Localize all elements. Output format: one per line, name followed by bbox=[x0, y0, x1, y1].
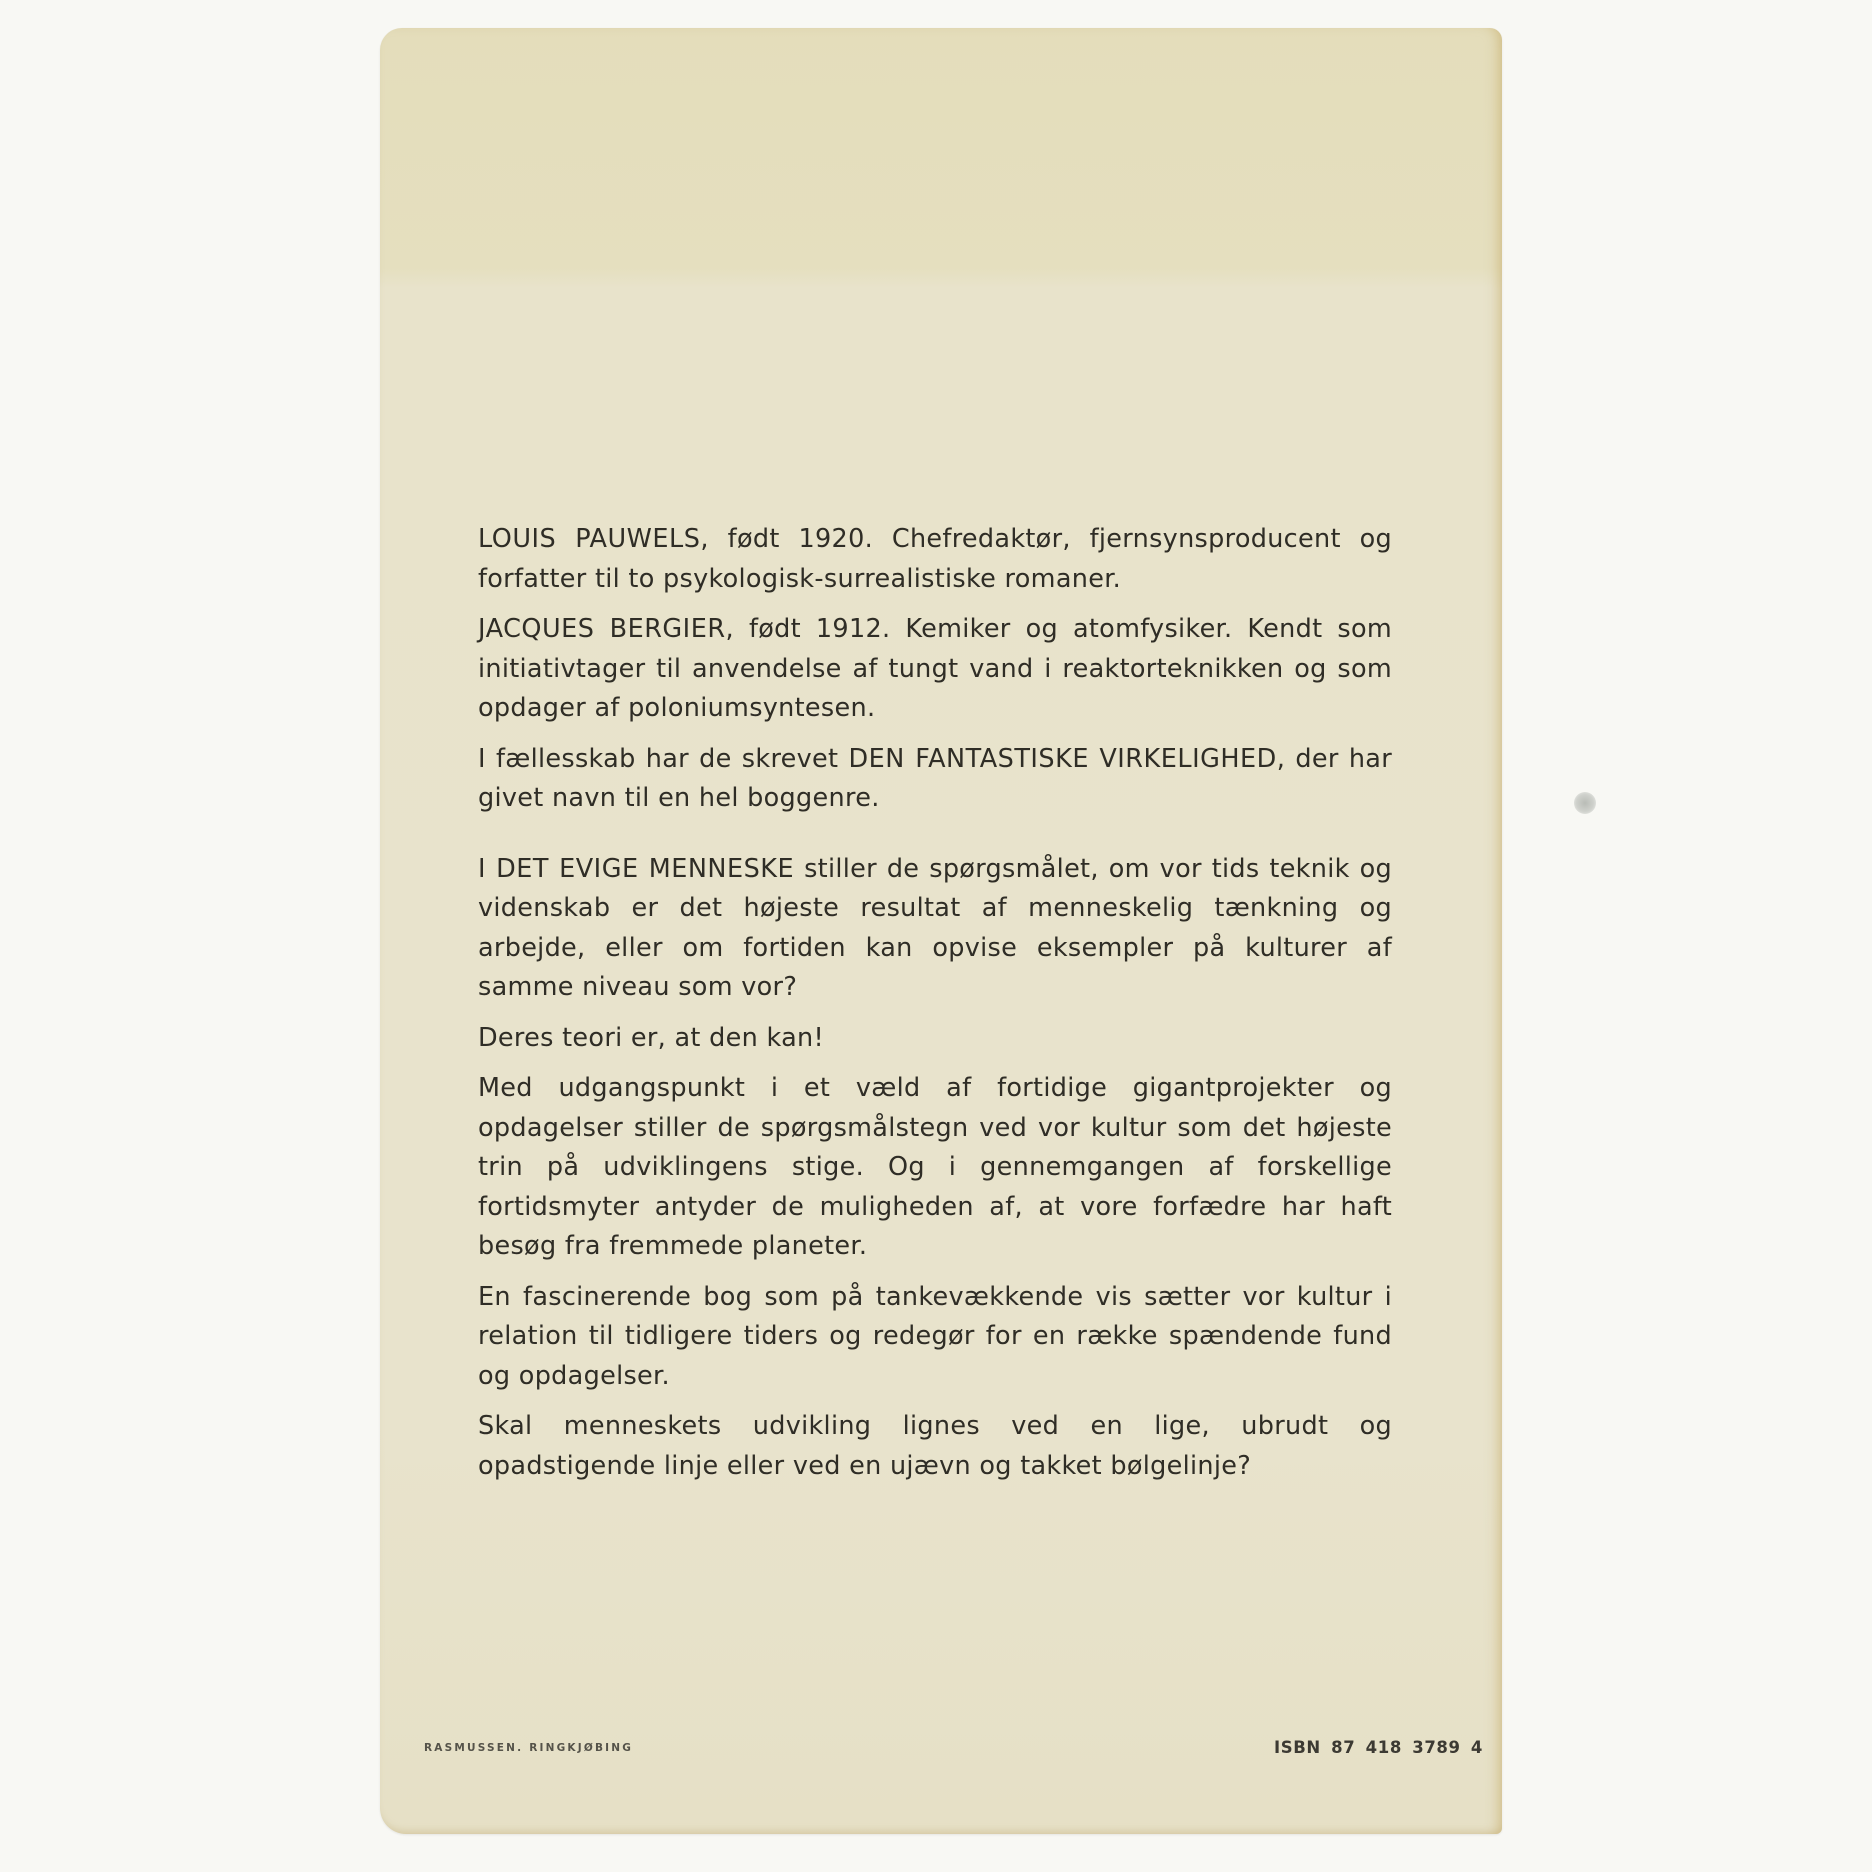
book-title: I DET EVIGE MENNESKE bbox=[478, 854, 794, 884]
book-title-reference: DEN FANTASTISKE VIRKELIGHED bbox=[849, 744, 1277, 774]
paragraph-bergier-bio: JACQUES BERGIER, født 1912. Kemiker og a… bbox=[478, 610, 1392, 729]
blurb-text: LOUIS PAUWELS, født 1920. Chefredaktør, … bbox=[478, 520, 1392, 1497]
paragraph-starting-point: Med udgangspunkt i et væld af fortidige … bbox=[478, 1069, 1392, 1267]
dust-spot bbox=[1574, 792, 1596, 814]
paragraph-fascinating: En fascinerende bog som på tankevækkende… bbox=[478, 1278, 1392, 1397]
author-name: JACQUES BERGIER bbox=[478, 614, 726, 644]
paragraph-question: Skal menneskets udvikling lignes ved en … bbox=[478, 1407, 1392, 1486]
paragraph-joint-work: I fællesskab har de skrevet DEN FANTASTI… bbox=[478, 740, 1392, 819]
isbn: ISBN 87 418 3789 4 bbox=[1274, 1738, 1483, 1757]
paragraph-intro: I DET EVIGE MENNESKE stiller de spørgsmå… bbox=[478, 850, 1392, 1008]
paragraph-pauwels-bio: LOUIS PAUWELS, født 1920. Chefredaktør, … bbox=[478, 520, 1392, 599]
printer-imprint: RASMUSSEN. RINGKJØBING bbox=[424, 1742, 633, 1754]
paragraph-theory: Deres teori er, at den kan! bbox=[478, 1019, 1392, 1059]
author-name: LOUIS PAUWELS bbox=[478, 524, 700, 554]
